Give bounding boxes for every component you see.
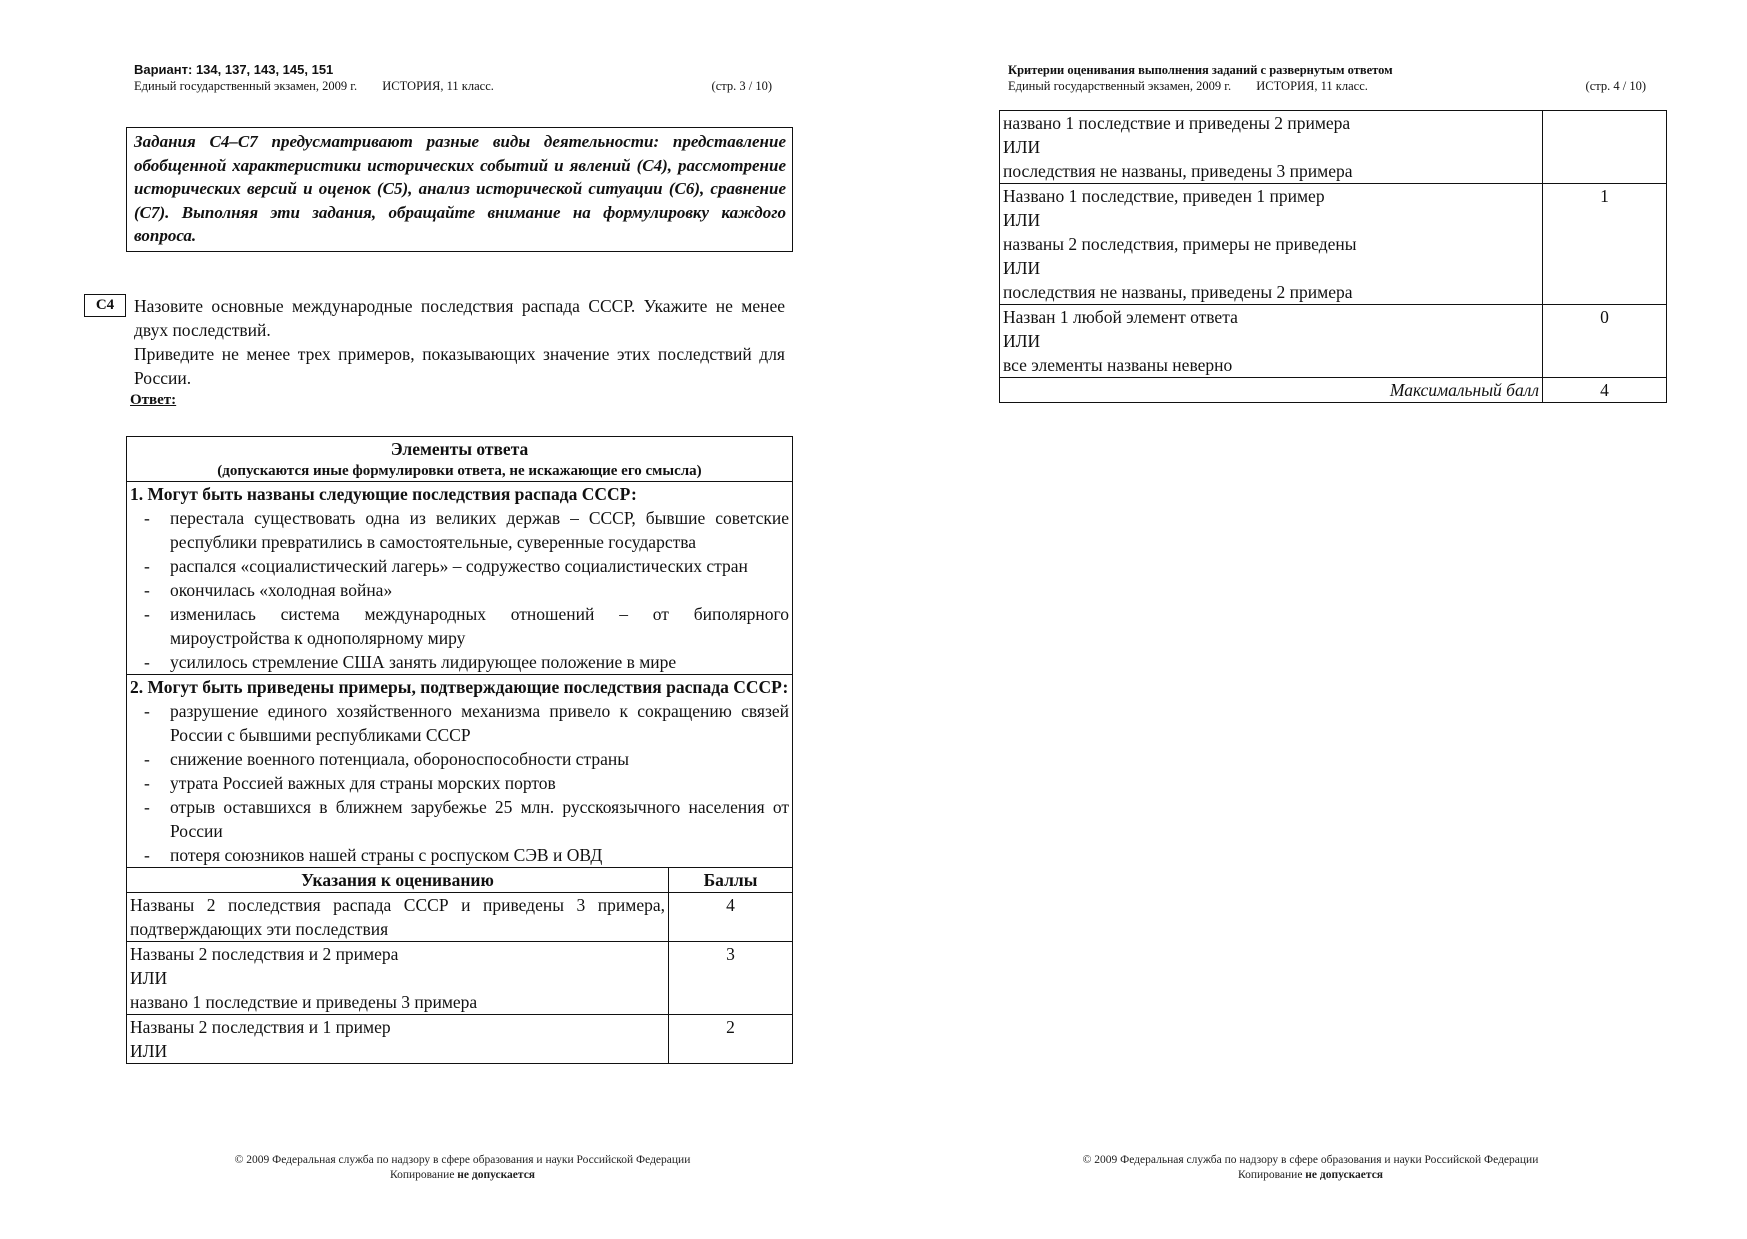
score-cell: 4 [669,893,793,942]
task-label: С4 [84,294,126,317]
max-score-row: Максимальный балл 4 [1000,378,1667,403]
page-footer: © 2009 Федеральная служба по надзору в с… [26,1153,899,1183]
section-1: 1. Могут быть названы следующие последст… [127,482,793,675]
list-item: потеря союзников нашей страны с роспуско… [130,843,789,867]
table-row: Названы 2 последствия распада СССР и при… [127,893,793,942]
page-footer: © 2009 Федеральная служба по надзору в с… [874,1153,1747,1183]
instructions-box: Задания С4–С7 предусматривают разные вид… [126,127,793,252]
criteria-line: все элементы названы неверно [1003,353,1539,377]
page-header: Критерии оценивания выполнения заданий с… [1008,62,1646,94]
criteria-line: Названы 2 последствия распада СССР и при… [130,893,665,941]
score-cell: 2 [669,1015,793,1064]
criteria-title: Критерии оценивания выполнения заданий с… [1008,62,1646,78]
criteria-cell: Назван 1 любой элемент ответаИЛИвсе элем… [1000,305,1543,378]
table-row: Названы 2 последствия и 2 примераИЛИназв… [127,942,793,1015]
task-paragraph-2: Приведите не менее трех примеров, показы… [134,342,785,390]
criteria-cell: названо 1 последствие и приведены 2 прим… [1000,111,1543,184]
variant-numbers: Вариант: 134, 137, 143, 145, 151 [134,62,772,78]
list-item: усилилось стремление США занять лидирующ… [130,650,789,674]
criteria-line: Названы 2 последствия и 1 пример [130,1015,665,1039]
list-item: окончилась «холодная война» [130,578,789,602]
criteria-line: последствия не названы, приведены 3 прим… [1003,159,1539,183]
table-row: Назван 1 любой элемент ответаИЛИвсе элем… [1000,305,1667,378]
criteria-line: ИЛИ [1003,208,1539,232]
elements-header: Элементы ответа (допускаются иные формул… [127,437,793,482]
max-score-value: 4 [1543,378,1667,403]
table-row: названо 1 последствие и приведены 2 прим… [1000,111,1667,184]
grading-table-continued: названо 1 последствие и приведены 2 прим… [999,110,1667,403]
copy-notice: Копирование не допускается [874,1168,1747,1183]
section-1-list: перестала существовать одна из великих д… [130,506,789,674]
copy-notice: Копирование не допускается [26,1168,899,1183]
page-header: Вариант: 134, 137, 143, 145, 151 Единый … [134,62,772,94]
criteria-line: ИЛИ [130,966,665,990]
score-header: Баллы [669,868,793,893]
criteria-line: Названо 1 последствие, приведен 1 пример [1003,184,1539,208]
table-row: Названо 1 последствие, приведен 1 пример… [1000,184,1667,305]
section-2-title: 2. Могут быть приведены примеры, подтвер… [130,675,789,699]
criteria-cell: Названо 1 последствие, приведен 1 пример… [1000,184,1543,305]
page-number: (стр. 3 / 10) [712,78,772,94]
list-item: отрыв оставшихся в ближнем зарубежье 25 … [130,795,789,843]
elements-subtitle: (допускаются иные формулировки ответа, н… [130,461,789,481]
table-row: Названы 2 последствия и 1 примерИЛИ2 [127,1015,793,1064]
exam-name: Единый государственный экзамен, 2009 г. [1008,78,1231,94]
score-cell: 3 [669,942,793,1015]
section-1-title: 1. Могут быть названы следующие последст… [130,482,789,506]
exam-name: Единый государственный экзамен, 2009 г. [134,78,357,94]
answer-label: Ответ: [130,392,176,409]
criteria-line: названо 1 последствие и приведены 2 прим… [1003,111,1539,135]
criteria-cell: Названы 2 последствия и 1 примерИЛИ [127,1015,669,1064]
list-item: разрушение единого хозяйственного механи… [130,699,789,747]
criteria-line: названо 1 последствие и приведены 3 прим… [130,990,665,1014]
criteria-line: ИЛИ [1003,135,1539,159]
criteria-line: ИЛИ [130,1039,665,1063]
criteria-line: названы 2 последствия, примеры не привед… [1003,232,1539,256]
subject-name: ИСТОРИЯ, 11 класс. [1256,78,1368,94]
criteria-cell: Названы 2 последствия и 2 примераИЛИназв… [127,942,669,1015]
page-3: Вариант: 134, 137, 143, 145, 151 Единый … [0,0,873,1239]
elements-title: Элементы ответа [130,437,789,461]
section-2: 2. Могут быть приведены примеры, подтвер… [127,675,793,868]
section-2-list: разрушение единого хозяйственного механи… [130,699,789,867]
max-score-label: Максимальный балл [1000,378,1543,403]
list-item: изменилась система международных отношен… [130,602,789,650]
copyright-line: © 2009 Федеральная служба по надзору в с… [26,1153,899,1168]
subject-name: ИСТОРИЯ, 11 класс. [382,78,494,94]
list-item: перестала существовать одна из великих д… [130,506,789,554]
score-cell: 0 [1543,305,1667,378]
score-cell: 1 [1543,184,1667,305]
list-item: распался «социалистический лагерь» – сод… [130,554,789,578]
page-4: Критерии оценивания выполнения заданий с… [874,0,1747,1239]
list-item: утрата Россией важных для страны морских… [130,771,789,795]
copyright-line: © 2009 Федеральная служба по надзору в с… [874,1153,1747,1168]
criteria-line: ИЛИ [1003,256,1539,280]
criteria-line: Названы 2 последствия и 2 примера [130,942,665,966]
criteria-line: Назван 1 любой элемент ответа [1003,305,1539,329]
list-item: снижение военного потенциала, обороноспо… [130,747,789,771]
criteria-header: Указания к оцениванию [127,868,669,893]
criteria-line: последствия не названы, приведены 2 прим… [1003,280,1539,304]
score-cell [1543,111,1667,184]
answer-elements-table: Элементы ответа (допускаются иные формул… [126,436,793,1064]
page-number: (стр. 4 / 10) [1586,78,1646,94]
task-question: Назовите основные международные последст… [134,294,785,390]
task-paragraph-1: Назовите основные международные последст… [134,294,785,342]
criteria-line: ИЛИ [1003,329,1539,353]
criteria-cell: Названы 2 последствия распада СССР и при… [127,893,669,942]
